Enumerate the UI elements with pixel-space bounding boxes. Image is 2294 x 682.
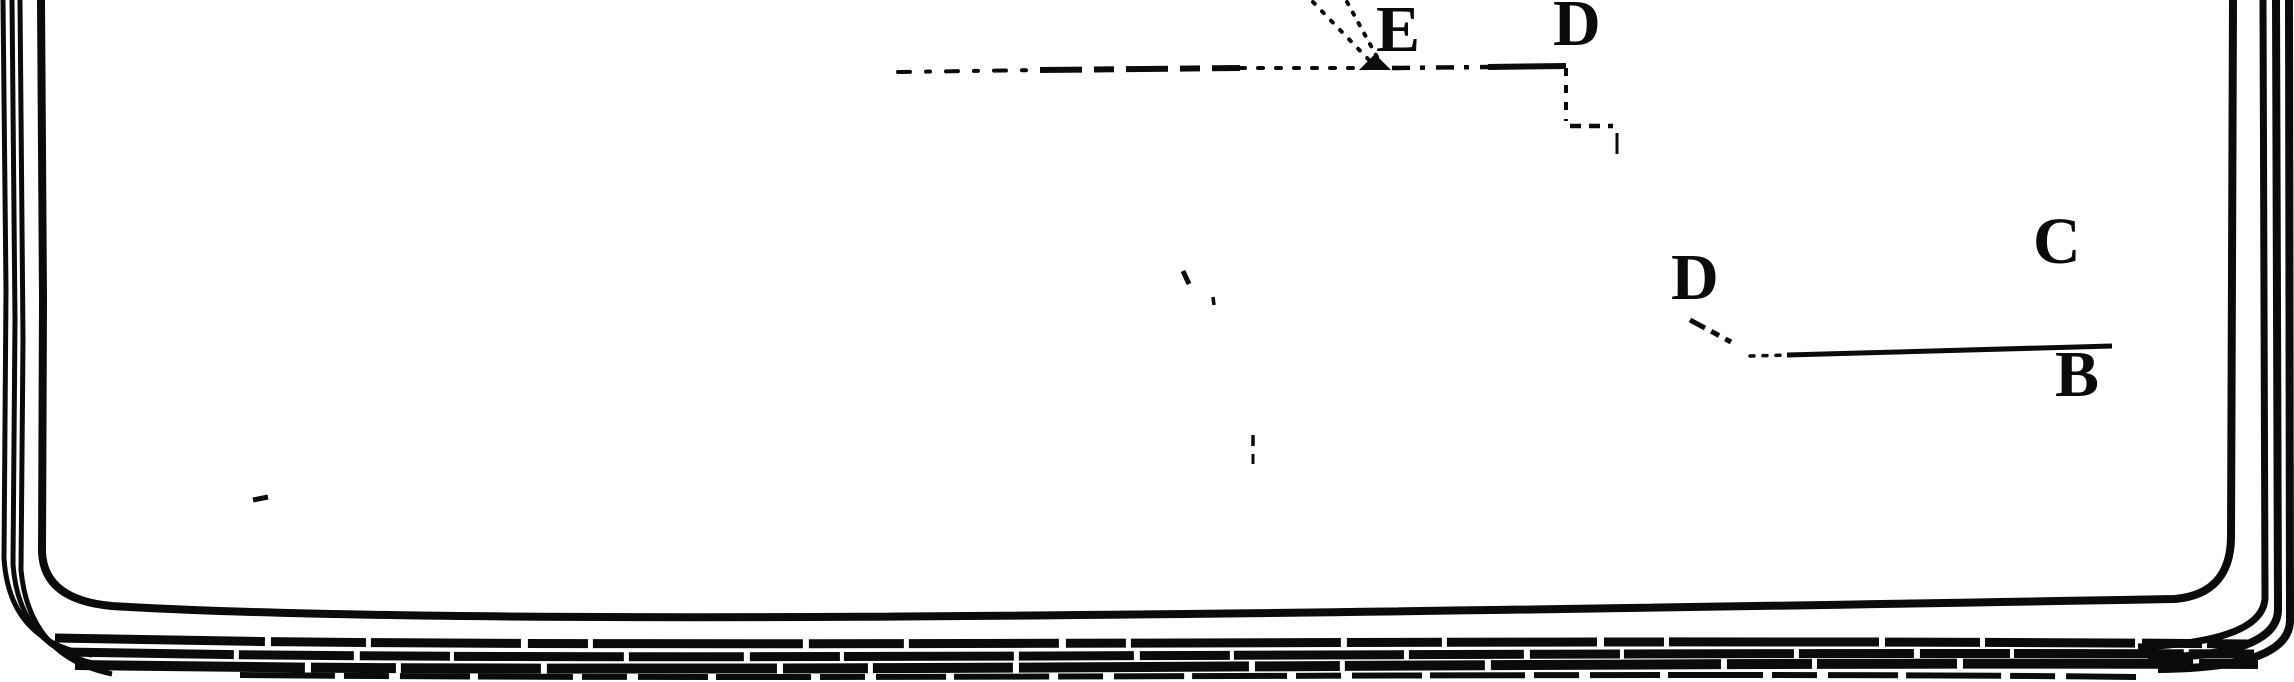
inner-border [41,0,2233,617]
bottom-edge-line-1 [55,638,2248,644]
point-label-D-lower: D [1671,245,1719,311]
right-edge-line-inner [2138,0,2265,647]
line-E-to-D-dashdot [1392,67,1488,68]
line-CB-dots-left [1750,355,1790,356]
dotted-ray-right [1347,2,1377,57]
stray-mark-slash [1183,271,1189,284]
line-E-to-D-solid [1488,66,1566,67]
point-label-C: C [2033,209,2081,275]
stray-mark-dot [1213,297,1214,305]
line-to-E-dashes [1040,68,1240,70]
geometry-figure [253,2,2112,500]
page-frame [3,0,2290,677]
scanned-book-plate: E D D C B [0,0,2294,682]
left-edge-line-mid [12,0,102,665]
point-label-E: E [1376,0,1420,63]
point-label-B: B [2055,342,2099,408]
left-edge-line-inner [20,0,112,674]
bottom-edge-line-3 [75,664,2258,669]
dotted-ray-left [1313,2,1369,60]
geometry-plate-linework [0,0,2294,682]
line-to-E-dots-left [898,70,1040,72]
bottom-edge-line-4 [240,675,2140,677]
right-edge-line-mid [2148,0,2278,658]
stray-dash-bottom-left [253,497,268,500]
bottom-edge-line-2 [64,652,2254,657]
connector-D-dashes [1690,320,1731,342]
point-label-D-upper: D [1553,0,1601,57]
